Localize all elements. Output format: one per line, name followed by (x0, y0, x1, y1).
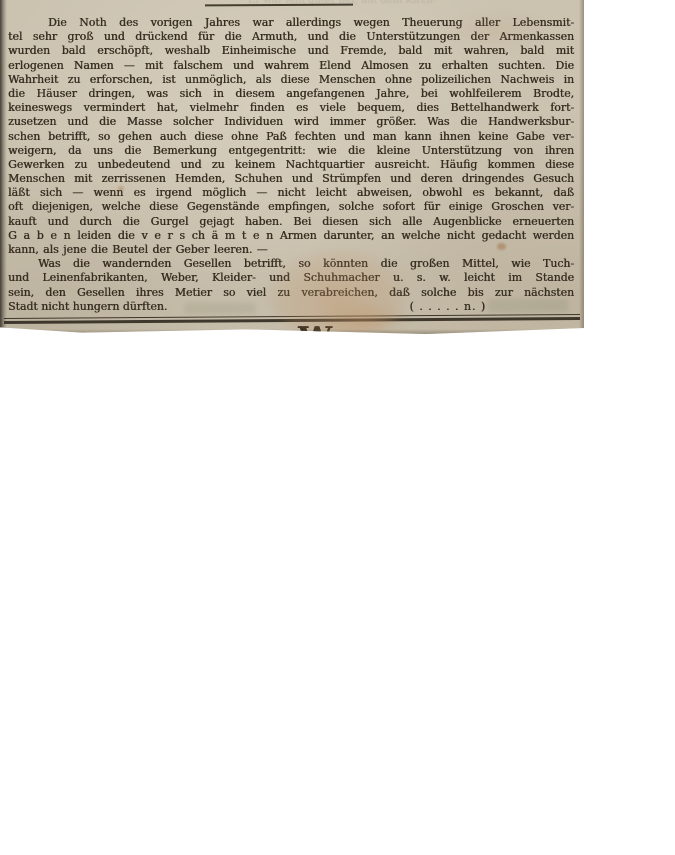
article-line: wurden bald erschöpft, weshalb Einheimis… (8, 44, 574, 58)
article-paragraphs: Die Noth des vorigen Jahres war allerdin… (8, 16, 574, 300)
article-line: oft diejenigen, welche diese Gegenstände… (8, 200, 574, 214)
article-line: schen betrifft, so gehen auch diese ohne… (8, 130, 574, 144)
article-closing-line: Stadt nicht hungern dürften. ( . . . . .… (8, 300, 574, 314)
article-line: weigern, da uns die Bemerkung entgegentr… (8, 144, 574, 158)
article-line: tel sehr groß und drückend für die Armut… (8, 30, 574, 44)
article-line: erlogenen Namen — mit falschem und wahre… (8, 59, 574, 73)
article-end-double-rule (4, 314, 580, 324)
article-line: und Leinenfabrikanten, Weber, Kleider- u… (8, 271, 574, 285)
closing-text: Stadt nicht hungern dürften. (8, 300, 167, 314)
article-line: keineswegs vermindert hat, vielmehr find… (8, 101, 574, 115)
scan-edge-shadow-bottom (0, 329, 584, 334)
article-line: G a b e n leiden die v e r s ch ä m t e … (8, 229, 574, 243)
article-line: sein, den Gesellen ihres Metier so viel … (8, 286, 574, 300)
article-line: Die Noth des vorigen Jahres war allerdin… (8, 16, 574, 30)
article-line: Gewerken zu unbedeutend und zu keinem Na… (8, 158, 574, 172)
article-line: kann, als jene die Beutel der Geber leer… (8, 243, 574, 257)
article-line: kauft und durch die Gurgel gejagt haben.… (8, 215, 574, 229)
author-signature: ( . . . . . n. ) (409, 300, 486, 314)
article-line: Wahrheit zu erforschen, ist unmöglich, a… (8, 73, 574, 87)
article-text: Die Noth des vorigen Jahres war allerdin… (8, 16, 574, 314)
article-line: läßt sich — wenn es irgend möglich — nic… (8, 186, 574, 200)
article-line: Was die wandernden Gesellen betrifft, so… (8, 257, 574, 271)
newspaper-clipping-scan: Er war fein guter der, auf dem Kirch- Di… (0, 0, 584, 334)
article-line: Menschen mit zerrissenen Hemden, Schuhen… (8, 172, 574, 186)
scan-edge-shadow-right (579, 0, 584, 334)
article-line: zusetzen und die Masse solcher Individue… (8, 115, 574, 129)
article-line: die Häuser dringen, was sich in diesem a… (8, 87, 574, 101)
scan-edge-shadow-left (0, 0, 7, 334)
